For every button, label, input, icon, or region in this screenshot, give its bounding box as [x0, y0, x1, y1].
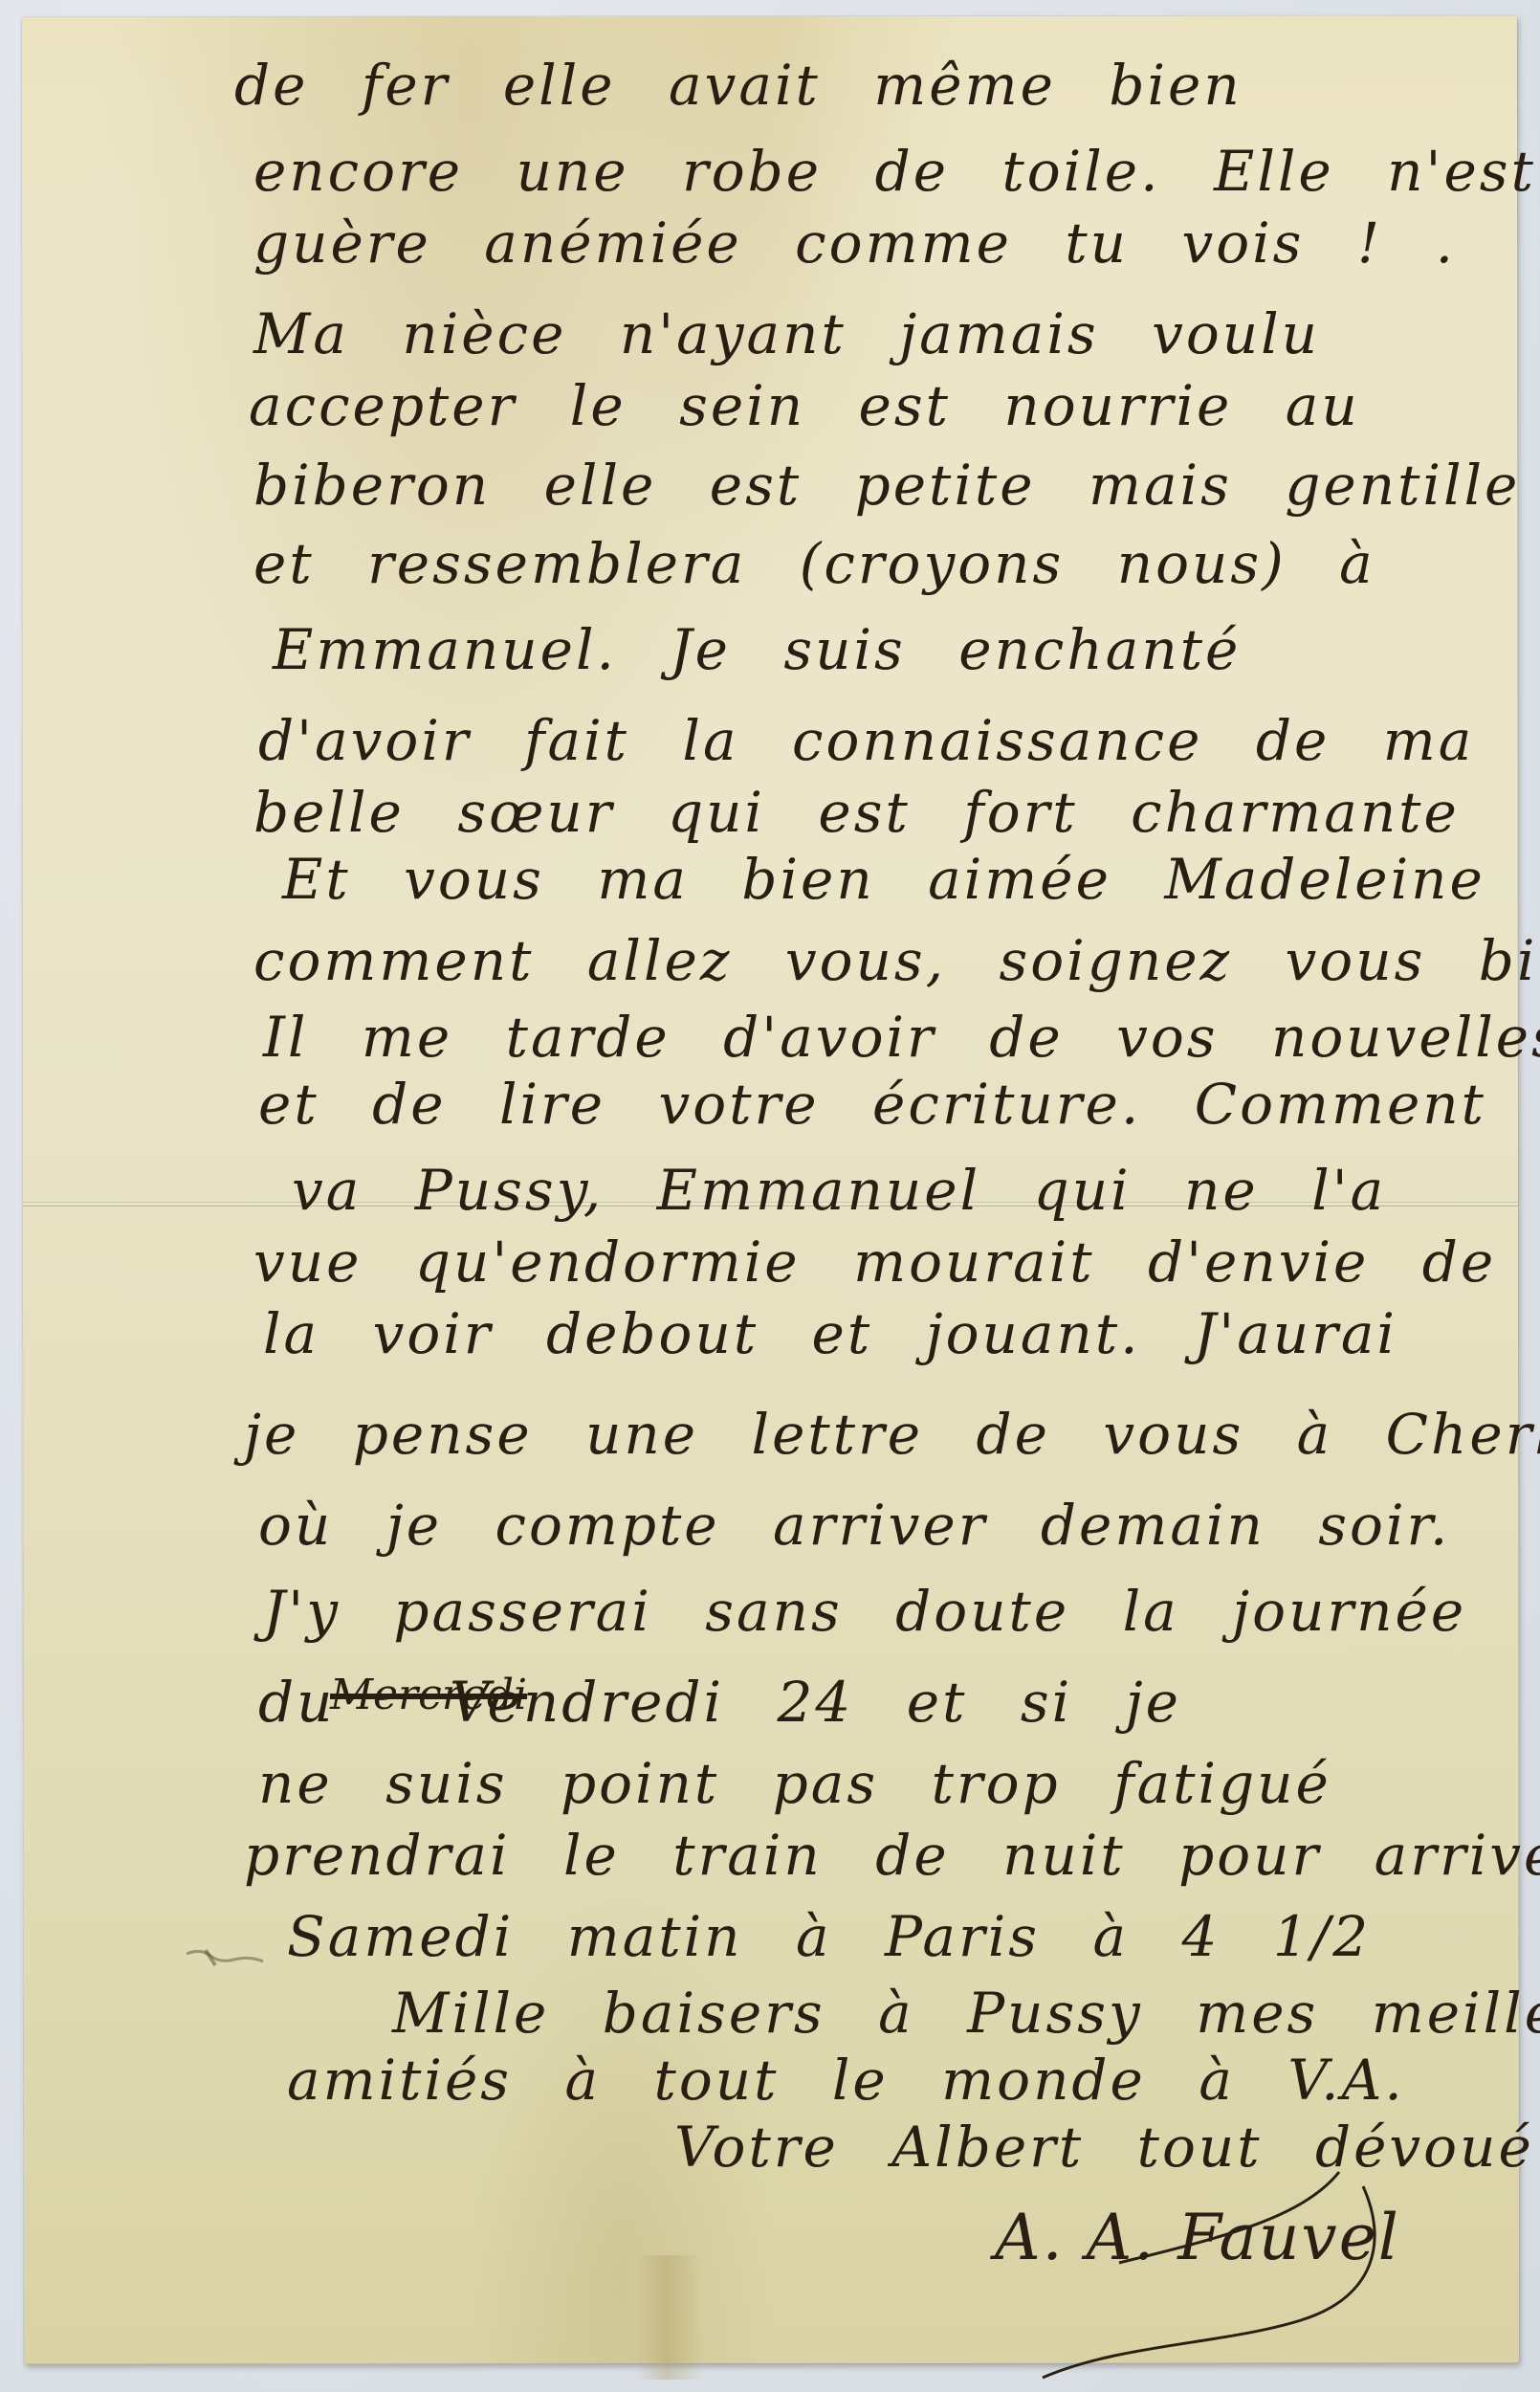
letter-line-14: et de lire votre écriture. Comment: [258, 1076, 1486, 1132]
letter-line-17: la voir debout et jouant. J'aurai: [263, 1306, 1397, 1362]
letter-line-19: où je compte arriver demain soir.: [258, 1497, 1450, 1553]
letter-line-21-prefix: du: [258, 1674, 335, 1730]
letter-line-21: Vendredi 24 et si je: [450, 1674, 1181, 1730]
letter-line-11: Et vous ma bien aimée Madeleine: [282, 852, 1485, 907]
letter-line-20: J'y passerai sans doute la journée: [263, 1584, 1466, 1639]
letter-line-26: amitiés à tout le monde à V.A.: [287, 2052, 1405, 2108]
letter-line-13: Il me tarde d'avoir de vos nouvelles: [263, 1009, 1540, 1065]
letter-line-2: encore une robe de toile. Elle n'est: [253, 144, 1536, 199]
letter-line-16: vue qu'endormie mourait d'envie de: [253, 1234, 1496, 1290]
letter-line-9: d'avoir fait la connaissance de ma: [258, 713, 1474, 768]
letter-line-7: et ressemblera (croyons nous) à: [253, 536, 1375, 591]
letter-line-22: ne suis point pas trop fatigué: [258, 1756, 1331, 1811]
letter-line-6: biberon elle est petite mais gentille: [253, 457, 1520, 513]
letter-line-1: de fer elle avait même bien: [234, 57, 1243, 113]
letter-line-8: Emmanuel. Je suis enchanté: [273, 622, 1241, 677]
letter-line-23: prendrai le train de nuit pour arriver: [244, 1827, 1540, 1883]
letter-line-3: guère anémiée comme tu vois ! .: [253, 215, 1456, 271]
letter-line-4: Ma nièce n'ayant jamais voulu: [253, 306, 1320, 362]
letter-line-5: accepter le sein est nourrie au: [249, 378, 1360, 433]
paper-stain: [636, 2255, 703, 2380]
letter-line-18: je pense une lettre de vous à Cherbourg: [244, 1406, 1540, 1462]
signature-flourish: [985, 2153, 1387, 2382]
letter-line-10: belle sœur qui est fort charmante: [253, 785, 1460, 840]
letter-line-25: Mille baisers à Pussy mes meilleures: [392, 1985, 1540, 2041]
letter-line-24: Samedi matin à Paris à 4 1/2: [287, 1909, 1371, 1964]
ink-smudge-mark: [182, 1942, 268, 1971]
letter-line-12: comment allez vous, soignez vous bien,: [253, 933, 1540, 988]
letter-line-15: va Pussy, Emmanuel qui ne l'a: [292, 1163, 1386, 1218]
